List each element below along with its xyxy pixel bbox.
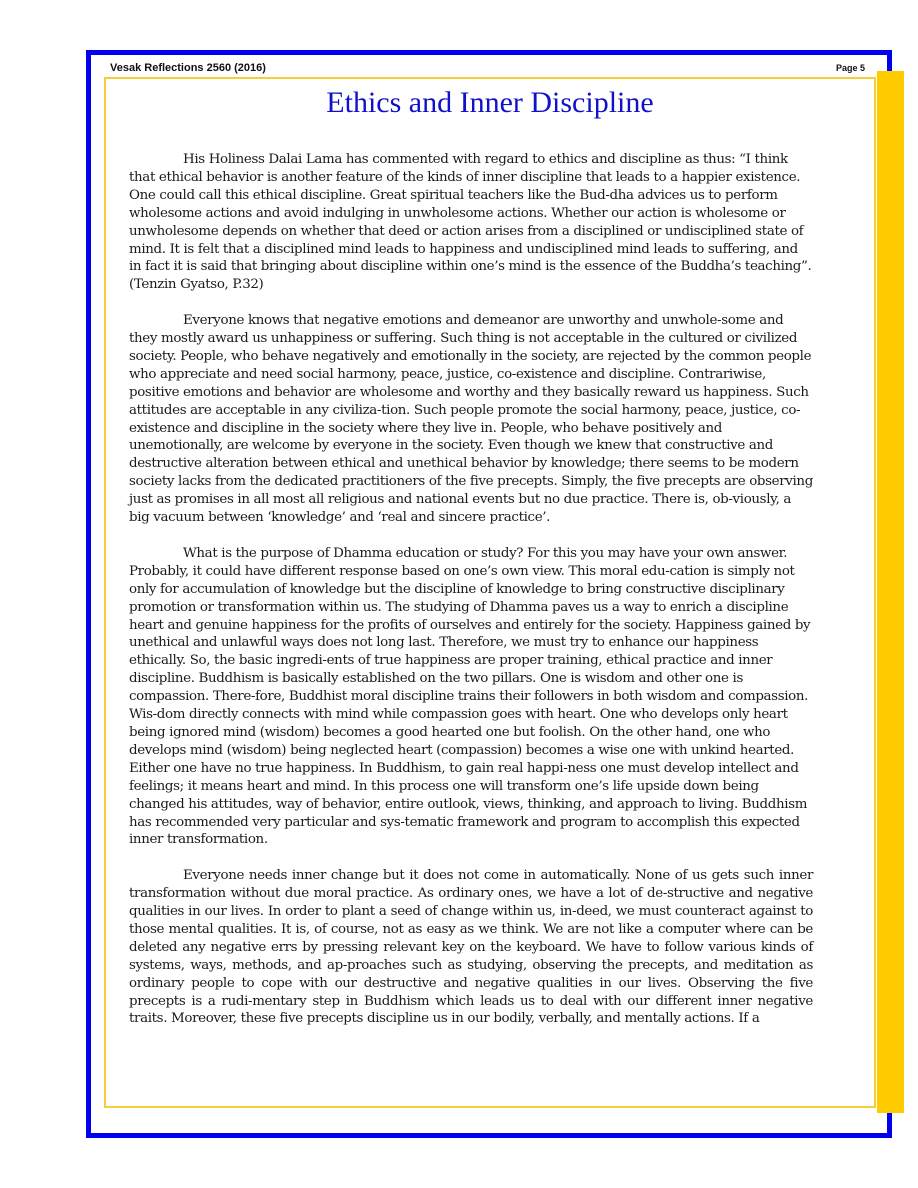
paragraph-3: What is the purpose of Dhamma education …	[129, 545, 813, 849]
paragraph-2: Everyone knows that negative emotions an…	[129, 312, 813, 527]
article-body: His Holiness Dalai Lama has commented wi…	[129, 151, 813, 1046]
page-number: Page 5	[836, 63, 865, 73]
paragraph-4: Everyone needs inner change but it does …	[129, 867, 813, 1028]
publication-header: Vesak Reflections 2560 (2016)	[110, 62, 266, 74]
article-title: Ethics and Inner Discipline	[104, 86, 876, 120]
paragraph-1: His Holiness Dalai Lama has commented wi…	[129, 151, 813, 294]
gold-side-bar	[877, 71, 904, 1113]
